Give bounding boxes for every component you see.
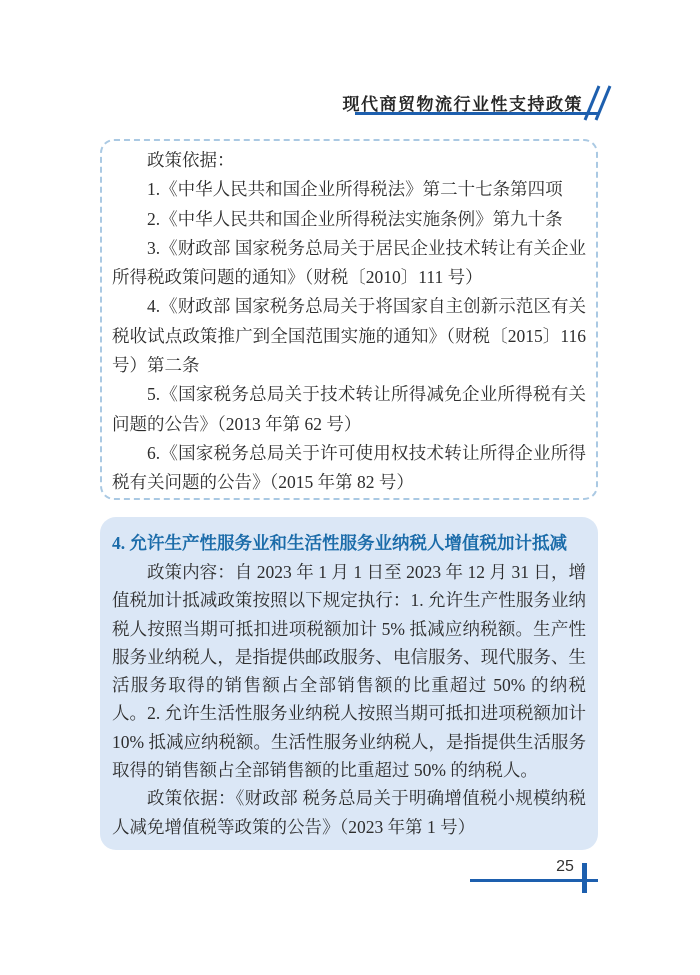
- section4-box: 4. 允许生产性服务业和生活性服务业纳税人增值税加计抵减 政策内容：自 2023…: [100, 517, 598, 850]
- section4-title: 4. 允许生产性服务业和生活性服务业纳税人增值税加计抵减: [112, 529, 586, 557]
- footer-vertical-bar: [582, 863, 587, 893]
- section4-content: 政策内容：自 2023 年 1 月 1 日至 2023 年 12 月 31 日，…: [112, 558, 586, 784]
- policy-basis-item: 2.《中华人民共和国企业所得税法实施条例》第九十条: [112, 205, 586, 234]
- policy-basis-item: 5.《国家税务总局关于技术转让所得减免企业所得税有关问题的公告》（2013 年第…: [112, 380, 586, 439]
- policy-basis-heading: 政策依据：: [112, 146, 586, 175]
- policy-basis-item: 1.《中华人民共和国企业所得税法》第二十七条第四项: [112, 175, 586, 204]
- page-number: 25: [545, 858, 585, 876]
- document-page: 现代商贸物流行业性支持政策 政策依据： 1.《中华人民共和国企业所得税法》第二十…: [0, 0, 700, 975]
- policy-basis-item: 6.《国家税务总局关于许可使用权技术转让所得企业所得税有关问题的公告》（2015…: [112, 439, 586, 498]
- header-underline: [355, 112, 598, 115]
- policy-basis-item: 3.《财政部 国家税务总局关于居民企业技术转让有关企业所得税政策问题的通知》（财…: [112, 234, 586, 293]
- section4-basis: 政策依据：《财政部 税务总局关于明确增值税小规模纳税人减免增值税等政策的公告》（…: [112, 784, 586, 841]
- double-slash-icon: [581, 84, 615, 122]
- policy-basis-box: 政策依据： 1.《中华人民共和国企业所得税法》第二十七条第四项 2.《中华人民共…: [100, 139, 598, 500]
- policy-basis-item: 4.《财政部 国家税务总局关于将国家自主创新示范区有关税收试点政策推广到全国范围…: [112, 292, 586, 380]
- footer-line: [470, 879, 598, 882]
